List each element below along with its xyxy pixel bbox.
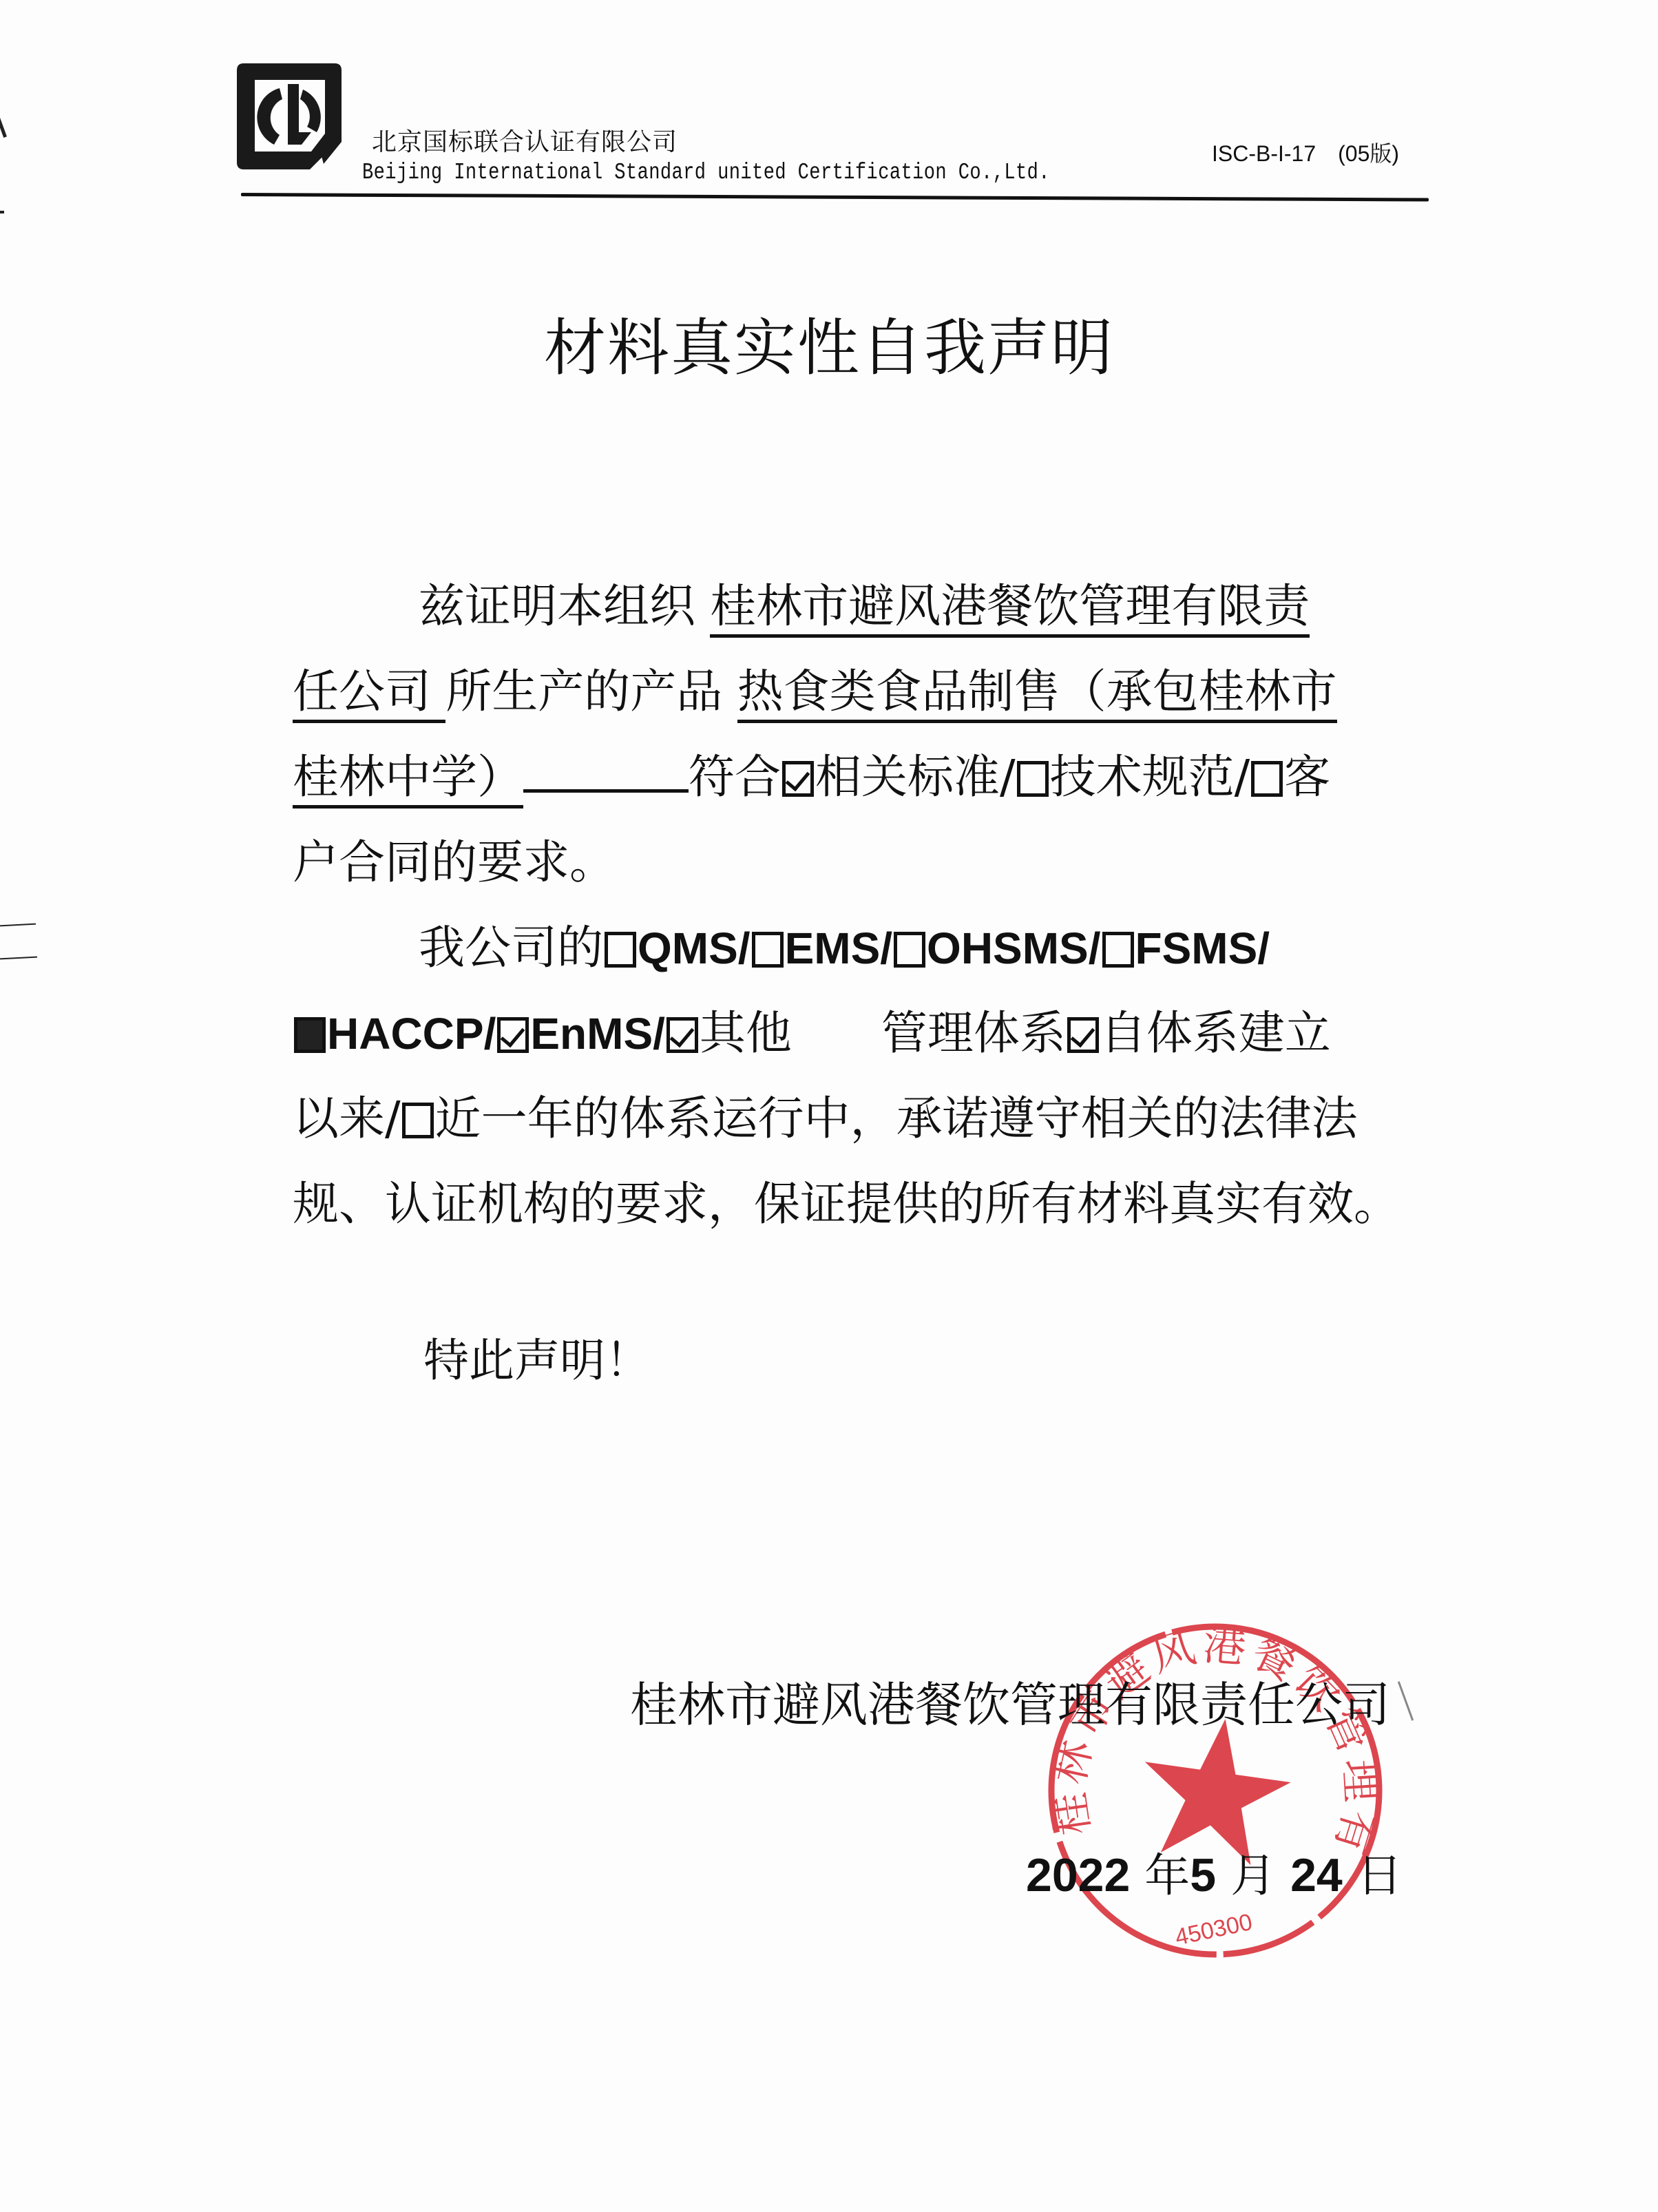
- label-related-standards: 相关标准/: [815, 750, 1016, 804]
- body-line-4: 户合同的要求。: [293, 820, 1436, 905]
- document-title: 材料真实性自我声明: [0, 298, 1658, 387]
- label-qms: QMS/: [638, 924, 751, 973]
- conform-text: 符合: [689, 750, 781, 804]
- label-fsms: FSMS/: [1135, 924, 1270, 973]
- date-day-unit: 日: [1343, 1849, 1403, 1902]
- date-month-unit: 月: [1216, 1849, 1290, 1902]
- scan-edge-line: [0, 957, 37, 960]
- label-haccp: HACCP/: [327, 1009, 496, 1058]
- body-line-3: 桂林中学）符合相关标准/技术规范/客: [293, 734, 1436, 820]
- systems-intro-text: 我公司的: [419, 921, 603, 974]
- checkbox-enms[interactable]: [497, 1017, 529, 1053]
- org-name-en: Beijing International Standard united Ce…: [362, 160, 1050, 185]
- checkbox-ohsms[interactable]: [894, 932, 925, 968]
- body-line-1: 兹证明本组织 桂林市避风港餐饮管理有限责: [293, 563, 1436, 649]
- declaration-body: 兹证明本组织 桂林市避风港餐饮管理有限责 任公司 所生产的产品 热食类食品制售（…: [293, 563, 1436, 1246]
- org-name-filled: 桂林市避风港餐饮管理有限责: [710, 579, 1310, 638]
- checkbox-fsms[interactable]: [1102, 932, 1134, 968]
- body-line-6: HACCP/EnMS/其他管理体系自体系建立: [293, 990, 1436, 1076]
- intro-text: 兹证明本组织: [419, 579, 710, 633]
- body-line-7: 以来/近一年的体系运行中，承诺遵守相关的法律法: [293, 1076, 1436, 1161]
- org-name-filled-cont: 任公司: [293, 665, 445, 723]
- scan-edge-line: [0, 924, 36, 927]
- checkbox-technical-spec[interactable]: [1017, 761, 1049, 797]
- label-since-established: 自体系建立: [1100, 1006, 1331, 1060]
- signatory-company: 桂林市避风港餐饮管理有限责任公司: [630, 1667, 1390, 1735]
- checkbox-customer-contract[interactable]: [1251, 761, 1283, 797]
- org-name-cn: 北京国标联合认证有限公司: [372, 123, 678, 158]
- certification-logo-icon: [234, 61, 344, 172]
- label-other: 其他: [700, 1006, 792, 1060]
- checkbox-other[interactable]: [667, 1017, 698, 1053]
- label-since-established-tail: 以来/: [293, 1092, 401, 1145]
- commitment-text: 规、认证机构的要求，保证提供的所有材料真实有效。: [293, 1177, 1400, 1231]
- system-suffix: 管理体系: [881, 1006, 1066, 1060]
- scan-mark: [0, 117, 7, 138]
- checkbox-since-established[interactable]: [1067, 1017, 1099, 1053]
- body-line-8: 规、认证机构的要求，保证提供的所有材料真实有效。: [293, 1161, 1436, 1246]
- checkbox-related-standards[interactable]: [782, 761, 814, 797]
- body-line-2: 任公司 所生产的产品 热食类食品制售（承包桂林市: [293, 649, 1436, 734]
- body-line-5: 我公司的QMS/EMS/OHSMS/FSMS/: [293, 905, 1436, 990]
- checkbox-qms[interactable]: [605, 932, 636, 968]
- stamp-code: 450300: [1173, 1909, 1255, 1951]
- date-day: 24: [1290, 1849, 1343, 1901]
- scan-mark: [1398, 1681, 1414, 1720]
- product-filled-cont: 桂林中学）: [293, 750, 523, 808]
- label-technical-spec: 技术规范/: [1050, 750, 1250, 804]
- label-ohsms: OHSMS/: [927, 924, 1100, 973]
- checkbox-last-year[interactable]: [402, 1103, 434, 1138]
- header-divider: [241, 193, 1429, 202]
- date-year-unit: 年: [1130, 1849, 1190, 1902]
- checkbox-haccp[interactable]: [294, 1017, 326, 1053]
- signature-date: 2022 年5 月 24 日: [1026, 1839, 1403, 1904]
- label-last-year: 近一年的体系运行中，承诺遵守相关的法律法: [435, 1092, 1358, 1145]
- product-filled: 热食类食品制售（承包桂林市: [737, 665, 1337, 723]
- closing-statement: 特此声明！: [423, 1324, 651, 1389]
- date-month: 5: [1190, 1849, 1216, 1901]
- product-intro-text: 所生产的产品: [445, 665, 737, 718]
- blank-underline: [523, 789, 689, 793]
- label-ems: EMS/: [785, 924, 892, 973]
- label-enms: EnMS/: [530, 1009, 665, 1058]
- scan-mark: [0, 211, 4, 213]
- label-customer-contract-a: 客: [1284, 750, 1330, 804]
- document-code: ISC-B-I-17 (05版): [1212, 136, 1399, 168]
- checkbox-ems[interactable]: [752, 932, 784, 968]
- date-year: 2022: [1026, 1849, 1130, 1901]
- label-customer-contract-b: 户合同的要求。: [293, 835, 616, 889]
